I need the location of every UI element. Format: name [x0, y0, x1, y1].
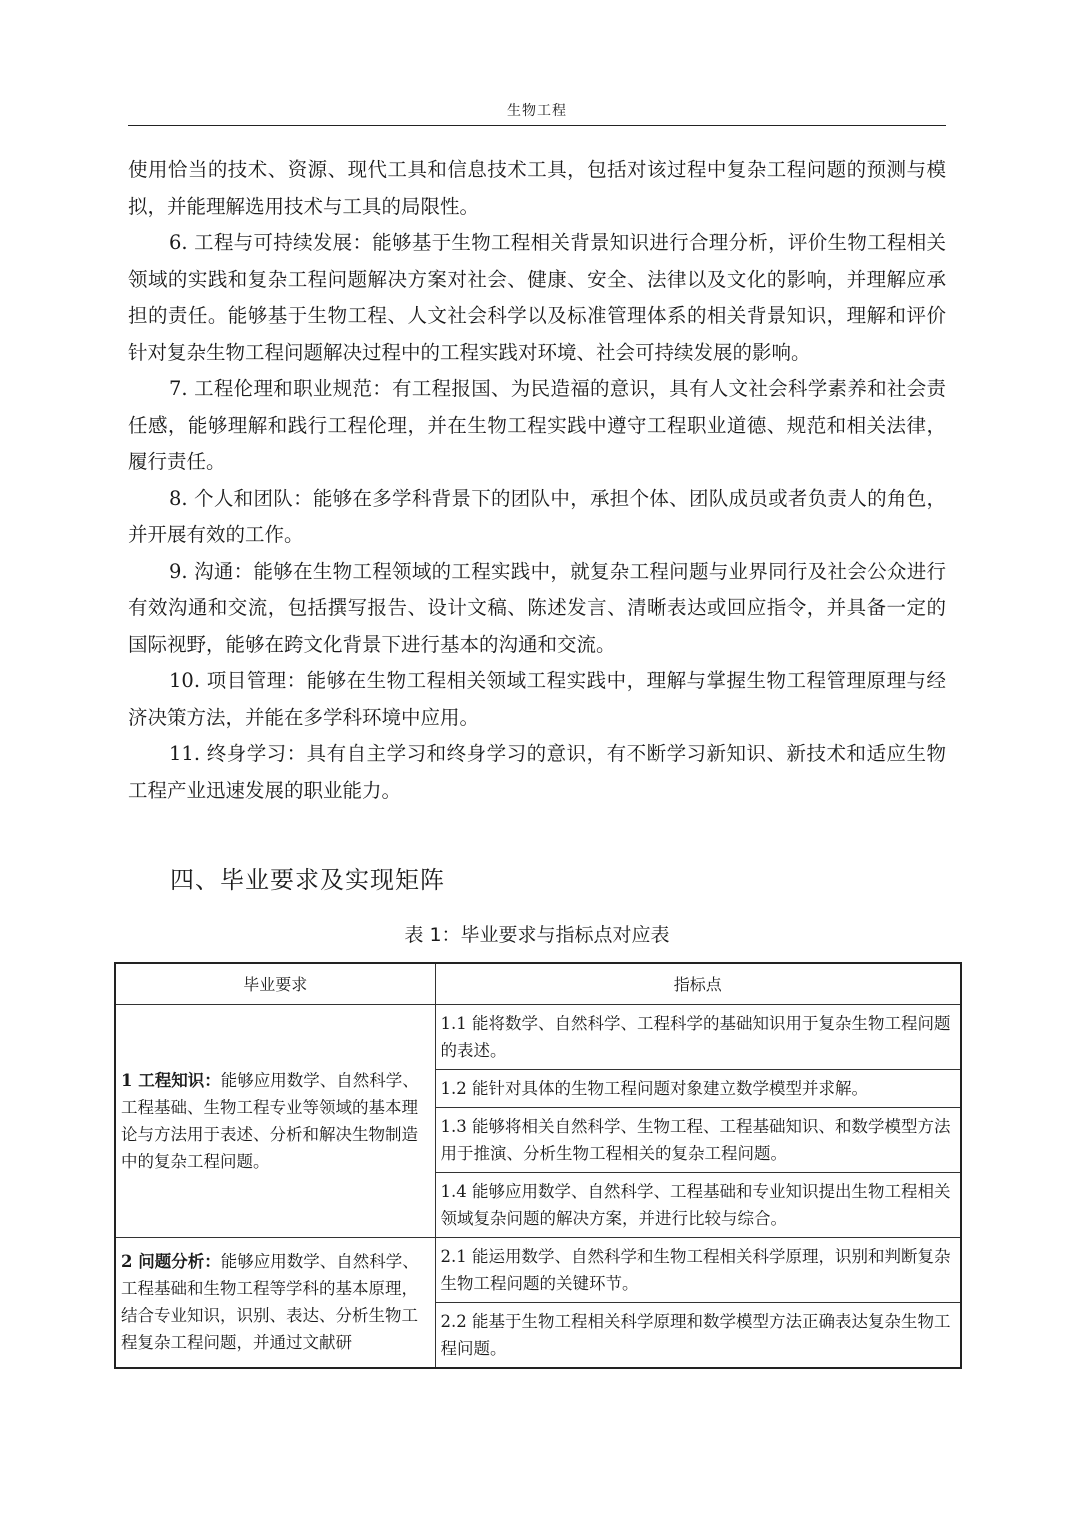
- table-row: 2 问题分析：能够应用数学、自然科学、工程基础和生物工程等学科的基本原理，结合专…: [115, 1238, 961, 1303]
- indicator-cell: 1.4 能够应用数学、自然科学、工程基础和专业知识提出生物工程相关领域复杂问题的…: [435, 1173, 961, 1238]
- indicator-cell: 2.1 能运用数学、自然科学和生物工程相关科学原理，识别和判断复杂生物工程问题的…: [435, 1238, 961, 1303]
- paragraph-item-10: 10. 项目管理：能够在生物工程相关领域工程实践中，理解与掌握生物工程管理原理与…: [128, 663, 946, 736]
- paragraph-item-6: 6. 工程与可持续发展：能够基于生物工程相关背景知识进行合理分析，评价生物工程相…: [128, 225, 946, 371]
- requirement-lead: 2 问题分析：: [121, 1252, 221, 1271]
- requirement-cell-2: 2 问题分析：能够应用数学、自然科学、工程基础和生物工程等学科的基本原理，结合专…: [115, 1238, 435, 1369]
- indicator-cell: 1.3 能够将相关自然科学、生物工程、工程基础知识、和数学模型方法用于推演、分析…: [435, 1108, 961, 1173]
- requirement-lead: 1 工程知识：: [121, 1071, 221, 1090]
- paragraph-item-9: 9. 沟通：能够在生物工程领域的工程实践中，就复杂工程问题与业界同行及社会公众进…: [128, 554, 946, 664]
- paragraph-item-7: 7. 工程伦理和职业规范：有工程报国、为民造福的意识，具有人文社会科学素养和社会…: [128, 371, 946, 481]
- indicator-cell: 2.2 能基于生物工程相关科学原理和数学模型方法正确表达复杂生物工程问题。: [435, 1303, 961, 1369]
- paragraph-item-8: 8. 个人和团队：能够在多学科背景下的团队中，承担个体、团队成员或者负责人的角色…: [128, 481, 946, 554]
- section-heading: 四、毕业要求及实现矩阵: [170, 860, 445, 895]
- requirements-table: 毕业要求 指标点 1 工程知识：能够应用数学、自然科学、工程基础、生物工程专业等…: [114, 962, 962, 1369]
- running-header: 生物工程: [128, 100, 946, 120]
- table-header-row: 毕业要求 指标点: [115, 963, 961, 1005]
- table-caption: 表 1：毕业要求与指标点对应表: [0, 920, 1074, 947]
- paragraph-item-11: 11. 终身学习：具有自主学习和终身学习的意识，有不断学习新知识、新技术和适应生…: [128, 736, 946, 809]
- body-text: 使用恰当的技术、资源、现代工具和信息技术工具，包括对该过程中复杂工程问题的预测与…: [128, 152, 946, 809]
- table-row: 1 工程知识：能够应用数学、自然科学、工程基础、生物工程专业等领域的基本理论与方…: [115, 1005, 961, 1070]
- indicator-cell: 1.2 能针对具体的生物工程问题对象建立数学模型并求解。: [435, 1070, 961, 1108]
- requirement-cell-1: 1 工程知识：能够应用数学、自然科学、工程基础、生物工程专业等领域的基本理论与方…: [115, 1005, 435, 1238]
- header-divider: [128, 125, 946, 126]
- indicator-cell: 1.1 能将数学、自然科学、工程科学的基础知识用于复杂生物工程问题的表述。: [435, 1005, 961, 1070]
- header-requirement: 毕业要求: [115, 963, 435, 1005]
- paragraph-continuation: 使用恰当的技术、资源、现代工具和信息技术工具，包括对该过程中复杂工程问题的预测与…: [128, 152, 946, 225]
- header-indicator: 指标点: [435, 963, 961, 1005]
